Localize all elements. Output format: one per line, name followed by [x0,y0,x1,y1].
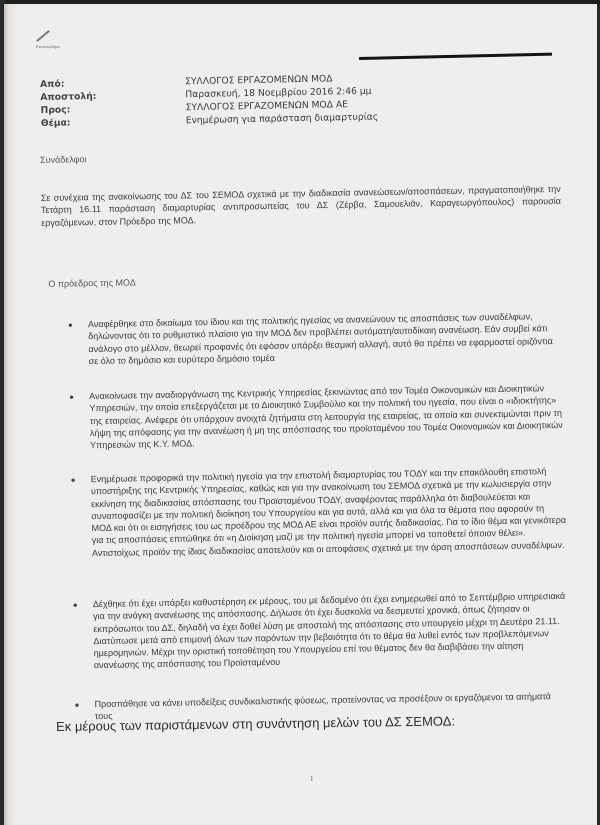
section-label: Ο πρόεδρος της ΜΟΔ [48,276,136,290]
list-item: ● Δέχθηκε ότι έχει υπάρξει καθυστέρηση ε… [48,590,568,599]
list-item: ● Ανακοίνωσε την αναδιοργάνωση της Κεντρ… [44,382,564,391]
logo-icon [36,30,50,42]
bullet-text: Ενημέρωσε προφορικά την πολιτική ηγεσία … [91,465,567,559]
greeting: Συνάδελφοι [40,153,87,166]
bullet-text: Ανακοίνωσε την αναδιοργάνωση της Κεντρικ… [89,382,565,452]
list-item: ● Προσπάθησε να κάνει υποδείξεις συνδικα… [50,690,570,699]
bullet-text: Αναφέρθηκε στο δικαίωμα του ίδιου και τη… [88,310,564,367]
bullet-list: ● Αναφέρθηκε στο δικαίωμα του ίδιου και … [43,310,563,319]
bullet-icon: ● [75,699,80,711]
redaction-bar [359,53,552,60]
bullet-icon: ● [69,391,74,403]
header-label: Θέμα: [41,114,186,130]
memo-body: Συνάδελφοι Σε συνέχεια της ανακοίνωσης τ… [40,145,560,154]
bullet-text: Δέχθηκε ότι έχει υπάρξει καθυστέρηση εκ … [93,590,569,672]
bullet-icon: ● [71,474,76,486]
bullet-icon: ● [73,599,78,611]
list-item: ● Αναφέρθηκε στο δικαίωμα του ίδιου και … [43,310,563,319]
bullet-icon: ● [68,319,73,331]
page-number: 1 [310,775,314,783]
email-header: Από: ΣΥΛΛΟΓΟΣ ΕΡΓΑΖΟΜΕΝΩΝ ΜΟΔ Αποστολή: … [40,72,378,130]
list-item: ● Ενημέρωσε προφορικά την πολιτική ηγεσί… [46,465,566,474]
header-value-subject: Ενημέρωση για παράσταση διαμαρτυρίας [186,111,379,128]
intro-paragraph: Σε συνέχεια της ανακοίνωσης του ΔΣ του Σ… [41,183,562,229]
document-page: Εκτυπώθηκε Από: ΣΥΛΛΟΓΟΣ ΕΡΓΑΖΟΜΕΝΩΝ ΜΟΔ… [4,4,597,825]
page-shadow [9,4,17,825]
logo-text: Εκτυπώθηκε [36,44,61,49]
